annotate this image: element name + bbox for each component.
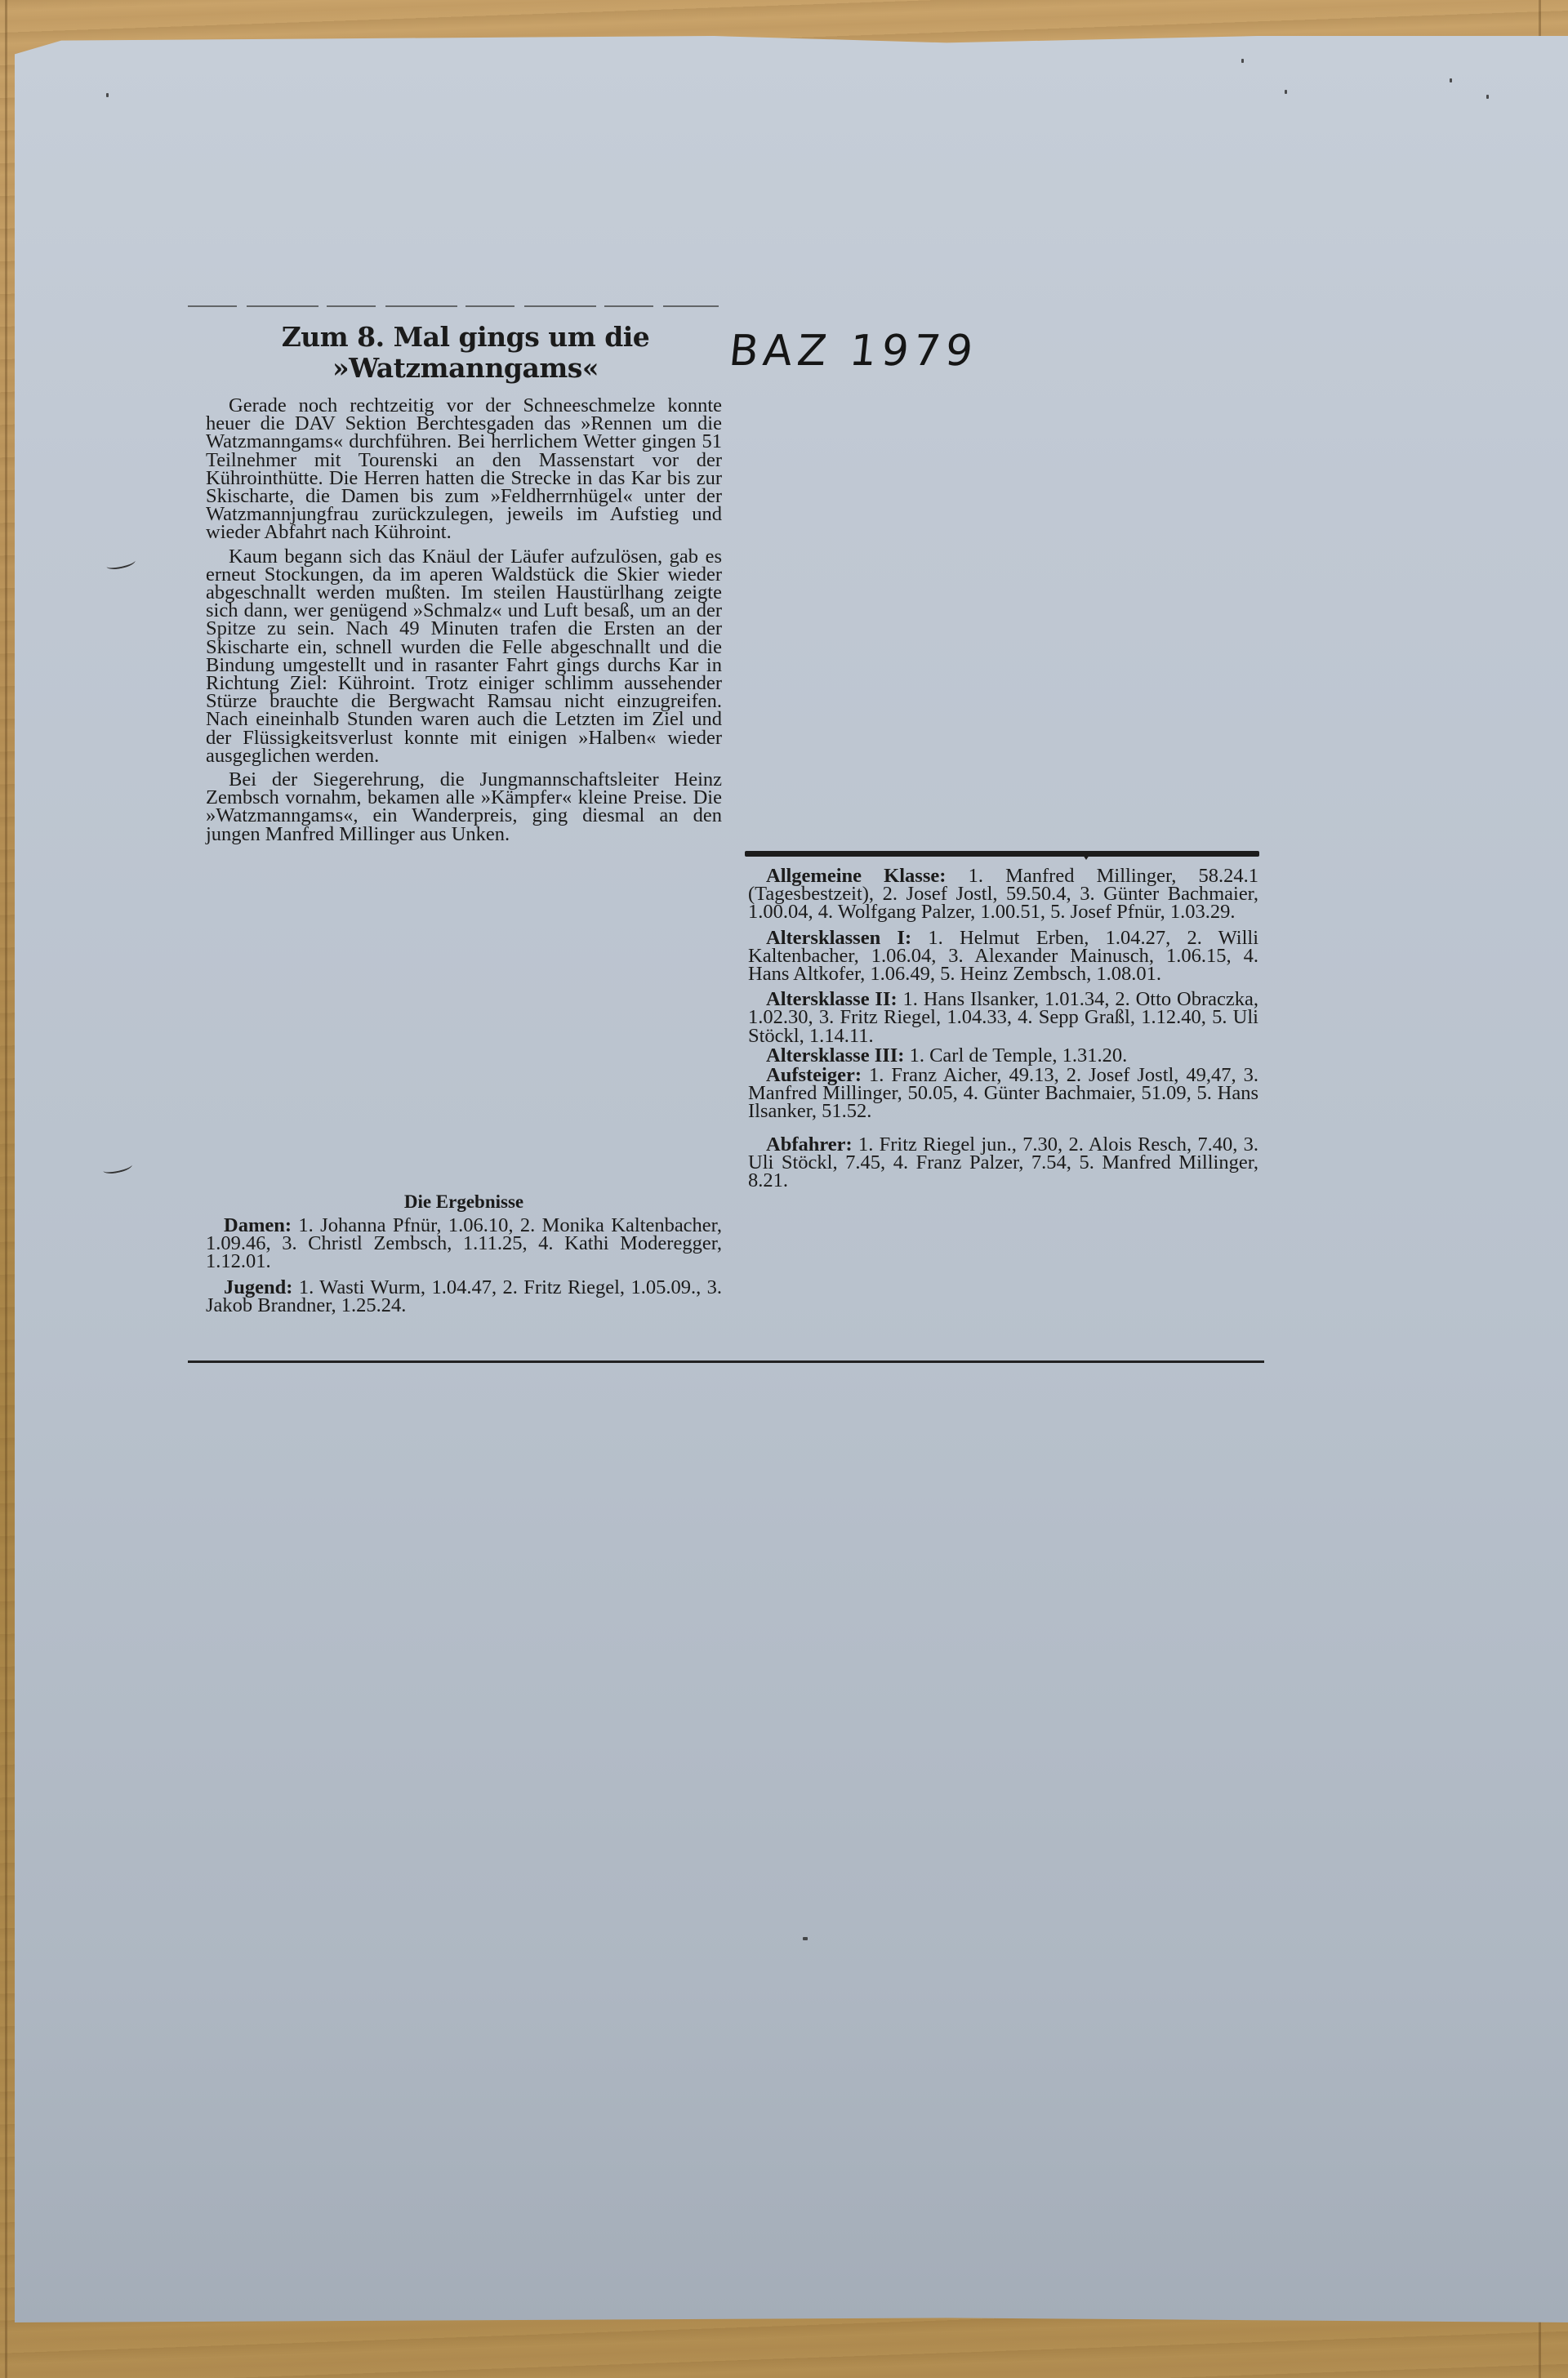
clipping-top-rule (188, 305, 719, 307)
paper-speck (1450, 78, 1452, 82)
paper-speck (1285, 90, 1287, 94)
newspaper-clipping: Zum 8. Mal gings um die »Watzmanngams« G… (188, 304, 1266, 1382)
result-entry-altersklasse-2: Altersklasse II: 1. Hans Ilsanker, 1.01.… (748, 991, 1258, 1045)
results-heading: Die Ergebnisse (206, 1192, 722, 1212)
headline-line-2: »Watzmanngams« (332, 352, 599, 384)
pencil-margin-mark (105, 555, 136, 571)
article-body: Gerade noch rechtzeitig vor der Schnee­s… (206, 397, 722, 849)
paper-speck (1486, 95, 1489, 99)
paper-speck (803, 1937, 808, 1940)
wood-plank-seam (5, 0, 7, 2378)
result-entry-abfahrer: Abfahrer: 1. Fritz Riegel jun., 7.30, 2.… (748, 1136, 1258, 1191)
article-paragraph: Gerade noch rechtzeitig vor der Schnee­s… (206, 397, 722, 542)
result-entry-allgemeine-klasse: Allgemeine Klasse: 1. Manfred Millinger,… (748, 867, 1258, 922)
result-entry-damen: Damen: 1. Johanna Pfnür, 1.06.10, 2. Mon… (206, 1217, 722, 1271)
clipping-bottom-rule (188, 1360, 1264, 1363)
result-category-text: 1. Carl de Temple, 1.31.20. (904, 1044, 1127, 1067)
results-left-column: Damen: 1. Johanna Pfnür, 1.06.10, 2. Mon… (206, 1217, 722, 1322)
article-paragraph: Bei der Siegerehrung, die Jungmannschaft… (206, 771, 722, 844)
result-entry-altersklasse-3: Altersklasse III: 1. Carl de Temple, 1.3… (748, 1047, 1258, 1065)
article-paragraph: Kaum begann sich das Knäul der Läufer au… (206, 548, 722, 765)
headline-line-1: Zum 8. Mal gings um die (282, 321, 650, 353)
pencil-margin-mark (102, 1160, 133, 1175)
result-category-label: Altersklasse III: (766, 1044, 904, 1067)
article-headline: Zum 8. Mal gings um die »Watzmanngams« (204, 322, 727, 384)
results-right-column: Allgemeine Klasse: 1. Manfred Millinger,… (748, 867, 1258, 1197)
result-entry-jugend: Jugend: 1. Wasti Wurm, 1.04.47, 2. Fritz… (206, 1279, 722, 1315)
results-column-top-rule (745, 851, 1259, 857)
result-entry-aufsteiger: Aufsteiger: 1. Franz Aicher, 49.13, 2. J… (748, 1067, 1258, 1121)
paper-speck (1241, 59, 1244, 63)
paper-speck (106, 93, 109, 97)
result-entry-altersklassen-1: Altersklassen I: 1. Helmut Erben, 1.04.2… (748, 929, 1258, 984)
